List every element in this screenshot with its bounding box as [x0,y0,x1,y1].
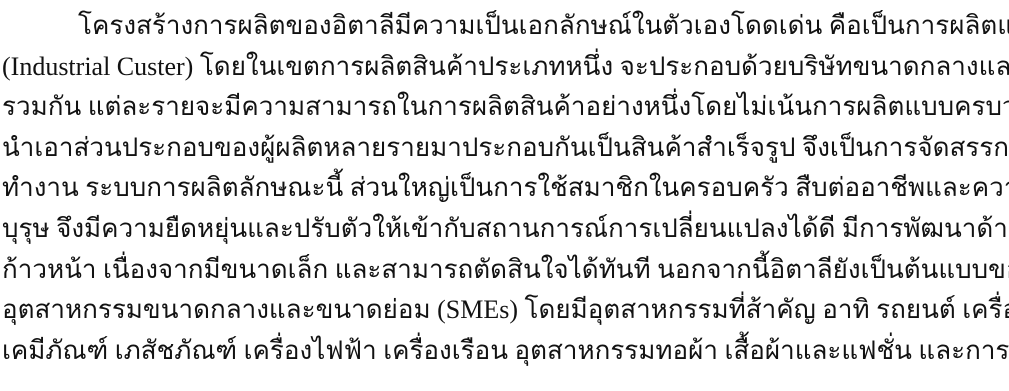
text-line: ก้าวหน้า เนื่องจากมีขนาดเล็ก และสามารถตั… [2,250,1007,291]
text-line: อุตสาหกรรมขนาดกลางและขนาดย่อม (SMEs) โดย… [2,290,1007,331]
text-line: นำเอาส่วนประกอบของผู้ผลิตหลายรายมาประกอบ… [2,128,1007,169]
text-line: รวมกัน แต่ละรายจะมีความสามารถในการผลิตสิ… [2,87,1007,128]
text-line: เคมีภัณฑ์ เภสัชภัณฑ์ เครื่องไฟฟ้า เครื่อ… [2,331,1007,372]
text-line: ทำงาน ระบบการผลิตลักษณะนี้ ส่วนใหญ่เป็นก… [2,168,1007,209]
text-line: (Industrial Custer) โดยในเขตการผลิตสินค้… [2,47,1007,88]
paragraph: โครงสร้างการผลิตของอิตาลีมีความเป็นเอกลั… [2,6,1007,371]
text-line: โครงสร้างการผลิตของอิตาลีมีความเป็นเอกลั… [2,6,1007,47]
document-page: โครงสร้างการผลิตของอิตาลีมีความเป็นเอกลั… [0,0,1009,391]
text-line: บุรุษ จึงมีความยืดหยุ่นและปรับตัวให้เข้า… [2,209,1007,250]
